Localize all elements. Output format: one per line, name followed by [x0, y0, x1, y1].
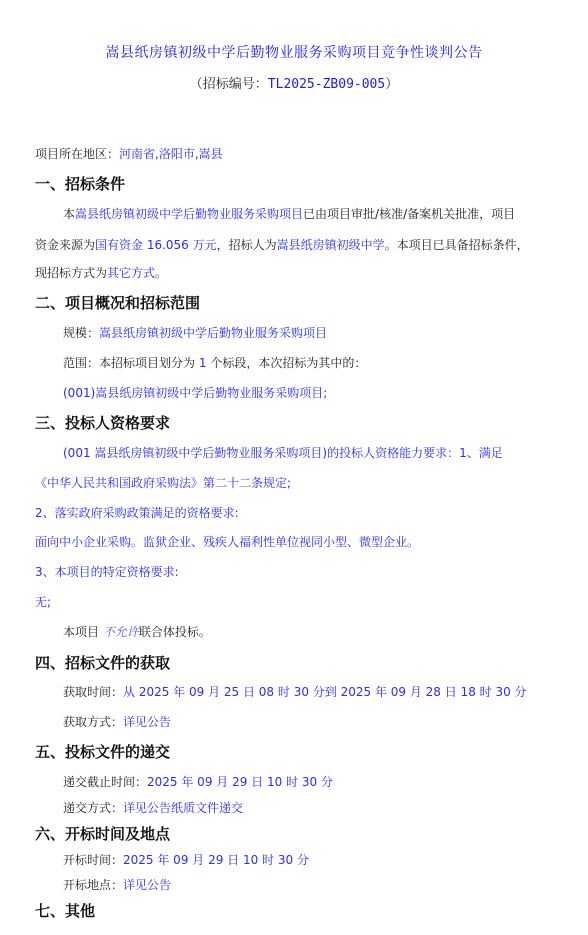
opening-time-line: 开标时间：2025 年 09 月 29 日 10 时 30 分 — [63, 851, 309, 868]
lot-item: (001)嵩县纸房镇初级中学后勤物业服务采购项目; — [63, 384, 327, 401]
submit-deadline-label: 递交截止时间： — [63, 775, 147, 789]
section-heading-7: 七、其他 — [35, 900, 95, 921]
obtain-method-value: 详见公告 — [123, 715, 171, 729]
tender-code: TL2025-ZB09-005 — [268, 77, 385, 92]
opening-place-line: 开标地点：详见公告 — [63, 876, 171, 893]
section1-para-line1: 本嵩县纸房镇初级中学后勤物业服务采购项目已由项目审批/核准/备案机关批准，项目 — [63, 205, 515, 222]
text: 。 — [155, 266, 167, 280]
scale-label: 规模： — [63, 326, 99, 340]
requirement-2-title: 2、落实政府采购政策满足的资格要求: — [35, 504, 239, 521]
submit-method-line: 递交方式：详见公告纸质文件递交 — [63, 799, 243, 816]
submit-method-value: 详见公告纸质文件递交 — [123, 801, 243, 815]
text: 个标段，本次招标为其中的： — [210, 356, 366, 370]
text: 已由项目审批/核准/备案机关批准，项目 — [303, 207, 515, 221]
tenderer: 嵩县纸房镇初级中学 — [277, 238, 385, 252]
scale-value: 嵩县纸房镇初级中学后勤物业服务采购项目 — [99, 326, 327, 340]
region-value: 河南省,洛阳市,嵩县 — [119, 147, 223, 161]
tender-method: 其它方式 — [107, 266, 155, 280]
text: 。本项目已具备招标条件， — [385, 238, 529, 252]
text: 本 — [63, 207, 75, 221]
requirement-2-body: 面向中小企业采购。监狱企业、残疾人福利性单位视同小型、微型企业。 — [35, 533, 419, 550]
consortium-line: 本项目 不允许联合体投标。 — [63, 623, 211, 640]
opening-time-label: 开标时间： — [63, 853, 123, 867]
subtitle-prefix: （招标编号： — [190, 77, 268, 92]
section1-para-line3: 现招标方式为其它方式。 — [35, 264, 167, 281]
opening-time-value: 2025 年 09 月 29 日 10 时 30 分 — [123, 853, 309, 867]
requirement-1a: (001 嵩县纸房镇初级中学后勤物业服务采购项目)的投标人资格能力要求：1、满足 — [63, 444, 503, 461]
document-title: 嵩县纸房镇初级中学后勤物业服务采购项目竞争性谈判公告 — [0, 42, 588, 62]
submit-deadline-value: 2025 年 09 月 29 日 10 时 30 分 — [147, 775, 333, 789]
obtain-time-value: 从 2025 年 09 月 25 日 08 时 30 分到 2025 年 09 … — [123, 685, 527, 699]
obtain-time-line: 获取时间：从 2025 年 09 月 25 日 08 时 30 分到 2025 … — [63, 683, 527, 700]
text: 本项目 — [63, 625, 99, 639]
section-heading-3: 三、投标人资格要求 — [35, 412, 170, 433]
scope-line: 范围：本招标项目划分为 1 个标段，本次招标为其中的： — [63, 354, 366, 371]
obtain-time-label: 获取时间： — [63, 685, 123, 699]
text: 资金来源为 — [35, 238, 95, 252]
consortium-value: 不允许 — [103, 625, 139, 639]
section-heading-5: 五、投标文件的递交 — [35, 741, 170, 762]
opening-place-value: 详见公告 — [123, 878, 171, 892]
tender-code-line: （招标编号：TL2025-ZB09-005） — [0, 73, 588, 92]
text: 联合体投标。 — [139, 625, 211, 639]
lot-count: 1 — [199, 356, 207, 370]
region-line: 项目所在地区：河南省,洛阳市,嵩县 — [35, 145, 223, 162]
region-label: 项目所在地区： — [35, 147, 119, 161]
section1-para-line2: 资金来源为国有资金 16.056 万元，招标人为嵩县纸房镇初级中学。本项目已具备… — [35, 236, 529, 253]
section-heading-2: 二、项目概况和招标范围 — [35, 292, 200, 313]
obtain-method-label: 获取方式： — [63, 715, 123, 729]
obtain-method-line: 获取方式：详见公告 — [63, 713, 171, 730]
requirement-1b: 《中华人民共和国政府采购法》第二十二条规定; — [35, 474, 291, 491]
requirement-3-body: 无; — [35, 593, 51, 610]
section-heading-1: 一、招标条件 — [35, 173, 125, 194]
opening-place-label: 开标地点： — [63, 878, 123, 892]
requirement-3-title: 3、本项目的特定资格要求: — [35, 563, 179, 580]
text: 现招标方式为 — [35, 266, 107, 280]
section-heading-4: 四、招标文件的获取 — [35, 652, 170, 673]
project-name: 嵩县纸房镇初级中学后勤物业服务采购项目 — [75, 207, 303, 221]
section-heading-6: 六、开标时间及地点 — [35, 823, 170, 844]
fund-source: 国有资金 16.056 万元 — [95, 238, 217, 252]
text: 范围：本招标项目划分为 — [63, 356, 195, 370]
submit-method-label: 递交方式： — [63, 801, 123, 815]
text: ，招标人为 — [217, 238, 277, 252]
submit-deadline-line: 递交截止时间：2025 年 09 月 29 日 10 时 30 分 — [63, 773, 333, 790]
subtitle-suffix: ） — [385, 77, 398, 92]
scale-line: 规模：嵩县纸房镇初级中学后勤物业服务采购项目 — [63, 324, 327, 341]
